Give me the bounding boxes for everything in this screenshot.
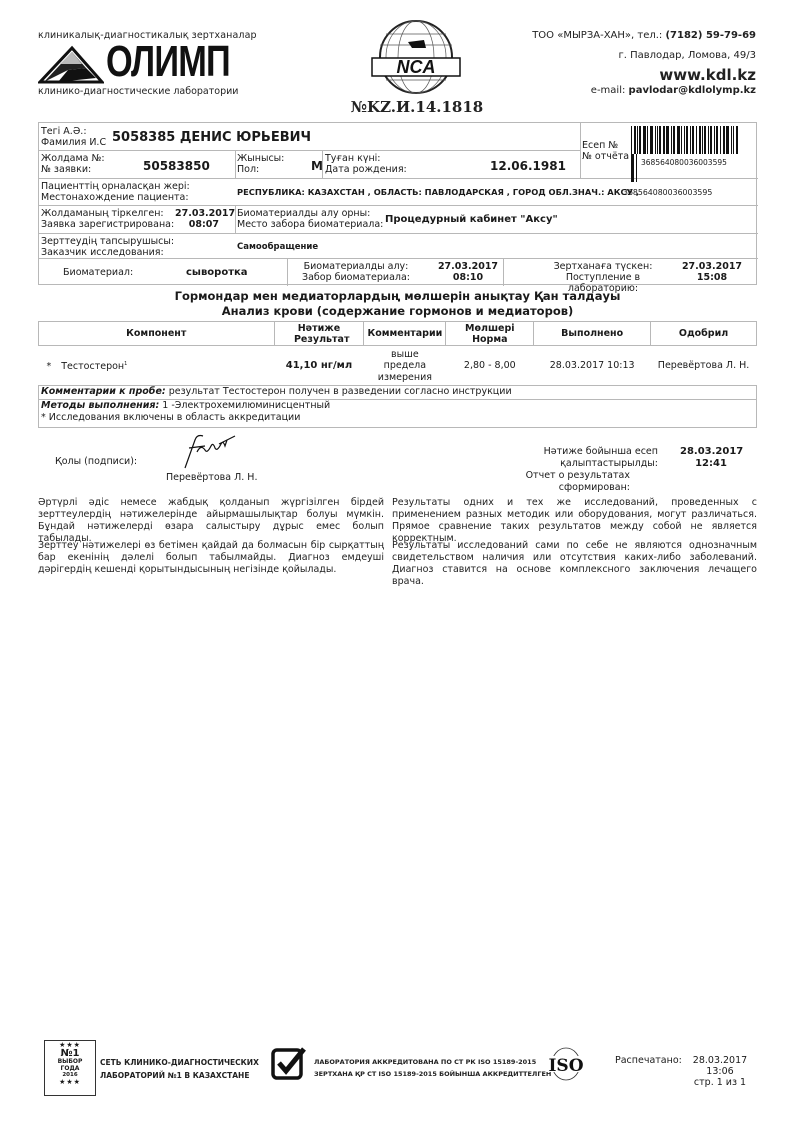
registered-datetime: 27.03.2017 08:07 (175, 208, 233, 230)
logo-brand: ОЛИМП (106, 40, 230, 84)
certificate-number: №KZ.И.14.1818 (342, 98, 492, 116)
result-value: 41,10 нг/мл (274, 346, 364, 386)
customer-label: Зерттеудің тапсырушысы: Заказчик исследо… (41, 236, 174, 258)
report-barcode (631, 126, 743, 154)
printed-time: 13:06 (690, 1066, 750, 1077)
col-norm: Мөлшері Норма (446, 322, 534, 346)
col-approved: Одобрил (651, 322, 757, 346)
disclaimer-kz-1: Әртүрлі әдіс немесе жабдық қолданып жүрг… (38, 497, 384, 545)
col-result: Нәтиже Результат (274, 322, 364, 346)
table-row: *Тестостерон1 41,10 нг/мл выше предела и… (39, 346, 757, 386)
col-comment: Комментарии (364, 322, 446, 346)
phone-number: (7182) 59-79-69 (665, 30, 756, 41)
company-address: г. Павлодар, Ломова, 49/3 (618, 50, 756, 61)
result-comment: выше предела измерения (364, 346, 446, 386)
signature-label: Қолы (подписи): (55, 456, 137, 467)
patient-name: 5058385 ДЕНИС ЮРЬЕВИЧ (112, 130, 311, 145)
award-badge-icon: ★★★ №1 ВЫБОР ГОДА 2016 ★★★ (44, 1040, 96, 1096)
iso-logo-icon: ISO (544, 1046, 588, 1082)
biomaterial-label: Биоматериал: (63, 267, 133, 278)
email-line: e-mail: pavlodar@kdlolymp.kz (591, 85, 756, 96)
methods: Методы выполнения: 1 -Электрохемилюминис… (39, 400, 756, 412)
sample-comment: Комментарии к пробе: результат Тестостер… (39, 386, 756, 400)
printed-label: Распечатано: (615, 1055, 682, 1066)
notes-box: Комментарии к пробе: результат Тестостер… (38, 385, 757, 428)
result-approved-by: Перевёртова Л. Н. (651, 346, 757, 386)
report-number-label: Есеп № № отчёта (582, 140, 629, 162)
col-component: Компонент (39, 322, 275, 346)
report-barcode-number: 368564080036003595 (641, 157, 727, 168)
checkbox-check-icon (271, 1046, 307, 1082)
disclaimer-ru-2: Результаты исследований сами по себе не … (392, 540, 757, 588)
results-table: Компонент Нәтиже Результат Комментарии М… (38, 321, 757, 386)
name-label: Тегі А.Ә.: Фамилия И.С (41, 126, 106, 148)
accreditation-claim: ЛАБОРАТОРИЯ АККРЕДИТОВАНА ПО СТ РК ISO 1… (314, 1056, 551, 1080)
signature-scribble-icon (175, 432, 240, 470)
patient-info-grid: Тегі А.Ә.: Фамилия И.С 5058385 ДЕНИС ЮРЬ… (38, 122, 757, 285)
result-performed: 28.03.2017 10:13 (534, 346, 651, 386)
logo-tagline-ru: клинико-диагностические лаборатории (38, 86, 238, 97)
col-performed: Выполнено (534, 322, 651, 346)
dob-label: Туған күні: Дата рождения: (325, 153, 407, 175)
patient-sex: М (311, 159, 323, 173)
collection-label: Биоматериалды алу: Забор биоматериала: (301, 261, 411, 283)
printed-date: 28.03.2017 (690, 1055, 750, 1066)
accreditation-note: * Исследования включены в область аккред… (39, 412, 756, 424)
analysis-title-kz: Гормондар мен медиаторлардың мөлшерін ан… (38, 289, 757, 304)
collection-place-label: Биоматериалды алу орны: Место забора био… (237, 208, 383, 230)
svg-text:ISO: ISO (548, 1056, 583, 1076)
website-link[interactable]: www.kdl.kz (659, 66, 756, 84)
analysis-title-ru: Анализ крови (содержание гормонов и меди… (38, 304, 757, 319)
order-label: Жолдама №: № заявки: (41, 153, 105, 175)
location-code: 368564080036003595 (623, 187, 712, 198)
sex-label: Жынысы: Пол: (237, 153, 284, 175)
collection-datetime: 27.03.2017 08:10 (435, 261, 501, 283)
analysis-title: Гормондар мен медиаторлардың мөлшерін ан… (38, 289, 757, 319)
received-datetime: 27.03.2017 15:08 (679, 261, 745, 283)
patient-location: РЕСПУБЛИКА: КАЗАХСТАН , ОБЛАСТЬ: ПАВЛОДА… (237, 187, 639, 198)
signer-name: Перевёртова Л. Н. (166, 472, 257, 483)
customer: Самообращение (237, 242, 318, 253)
patient-dob: 12.06.1981 (490, 159, 566, 173)
nca-globe-logo-icon: NCA (368, 18, 464, 96)
results-header-row: Компонент Нәтиже Результат Комментарии М… (39, 322, 757, 346)
collection-place: Процедурный кабинет "Аксу" (385, 214, 558, 225)
disclaimer-ru-1: Результаты одних и тех же исследований, … (392, 497, 757, 545)
location-label: Пациенттің орналасқан жері: Местонахожде… (41, 181, 190, 203)
svg-text:NCA: NCA (397, 57, 436, 77)
mountain-logo-icon (38, 44, 104, 84)
result-norm: 2,80 - 8,00 (446, 346, 534, 386)
network-claim: СЕТЬ КЛИНИКО-ДИАГНОСТИЧЕСКИХ ЛАБОРАТОРИЙ… (100, 1056, 259, 1082)
email-link[interactable]: pavlodar@kdlolymp.kz (629, 85, 756, 96)
order-number: 50583850 (143, 159, 210, 173)
printed-info: 28.03.2017 13:06 стр. 1 из 1 (690, 1055, 750, 1088)
company-phone: ТОО «МЫРЗА-ХАН», тел.: (7182) 59-79-69 (532, 30, 756, 41)
disclaimer-kz-2: Зерттеу нәтижелері өз бетімен қайдай да … (38, 540, 384, 576)
registered-label: Жолдаманың тіркелген: Заявка зарегистрир… (41, 208, 174, 230)
biomaterial: сыворотка (186, 267, 248, 278)
report-formed-label: Нәтиже бойынша есеп қалыптастырылды: Отч… (468, 446, 658, 494)
result-component: *Тестостерон1 (39, 346, 275, 386)
page-number: стр. 1 из 1 (690, 1077, 750, 1088)
report-formed-datetime: 28.03.2017 12:41 (680, 446, 742, 470)
